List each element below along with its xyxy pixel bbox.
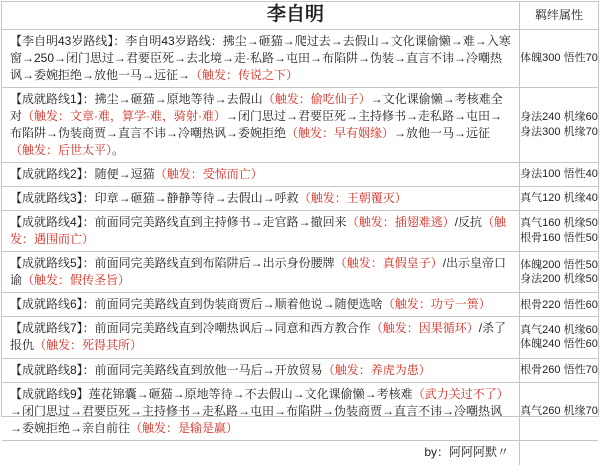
trigger-text: （触发：受惊而亡）	[155, 167, 263, 181]
route-text: 【成就路线1】：拂尘→砸猫→原地等待→去假山	[10, 92, 263, 106]
attribute-line: 体魄200 悟性50	[520, 258, 598, 273]
route-text: →闭门思过→君要臣死→主持修书→走私路→屯田→布陷阱→伪装商贾→直言不讳→冷嘲热…	[10, 404, 502, 418]
route-description-cell: 【成就路线9】莲花锦囊→砸猫→原地等待→不去假山→文化课偷懒→考核难（武力关过不…	[2, 383, 520, 418]
route-row: 【李自明43岁路线】：李自明43岁路线：拂尘→砸猫→爬过去→去假山→文化课偷懒→…	[2, 30, 598, 88]
bond-attributes-cell: 身法240 机缘60身法300 机缘70	[520, 88, 598, 162]
route-row: 【成就路线4】：前面同完美路线直到主持修书→走官路→撤回来（触发：插翅难逃）/反…	[2, 211, 598, 252]
trigger-text: （触发：功亏一篑）	[383, 297, 491, 311]
route-description: 【成就路线4】：前面同完美路线直到主持修书→走官路→撤回来（触发：插翅难逃）/反…	[10, 214, 511, 248]
route-description-cell: 【成就路线1】：拂尘→砸猫→原地等待→去假山（触发：偷吃仙子）→文化课偷懒→考核…	[2, 88, 520, 162]
attribute-line: 真气120 机缘40	[520, 191, 598, 206]
bond-attributes-cell: 真气260 机缘70	[520, 383, 598, 418]
route-description-cell: 【成就路线8】：前面同完美路线直到放他一马后→开放贸易（触发：养虎为患）	[2, 359, 520, 382]
page-title: 李自明	[267, 5, 324, 26]
trigger-text: （触发：早有姻缘）	[286, 126, 394, 140]
route-text: 【成就路线8】：前面同完美路线直到放他一马后→开放贸易	[10, 363, 323, 377]
route-description-cell: 【成就路线4】：前面同完美路线直到主持修书→走官路→撤回来（触发：插翅难逃）/反…	[2, 211, 520, 251]
header-title-cell: 李自明	[2, 2, 520, 29]
route-description-cell: 【成就路线3】：印章→砸猫→静静等待→去假山→呼救（触发：王朝覆灭）	[2, 187, 520, 210]
route-row: 【成就路线7】：前面同完美路线直到冷嘲热讽后→同意和西方教合作（触发：因果循环）…	[2, 317, 598, 358]
bond-attributes-cell: 体魄200 悟性50身法200 机缘50	[520, 252, 598, 292]
route-text: 【成就路线5】：前面同完美路线直到布陷阱后→出示身份腰牌	[10, 256, 335, 270]
attribute-line: 根骨220 悟性60	[520, 298, 598, 313]
attribute-line: 身法300 机缘70	[520, 125, 598, 140]
route-description-cell: 【成就路线2】：随便→逗猫（触发：受惊而亡）	[2, 163, 520, 186]
bond-attributes-cell: 身法100 悟性40	[520, 163, 598, 186]
route-description-cell: 【李自明43岁路线】：李自明43岁路线：拂尘→砸猫→爬过去→去假山→文化课偷懒→…	[2, 30, 520, 87]
trigger-text: （触发：真假皇子）	[335, 256, 443, 270]
trigger-text: （触发：假传圣旨）	[22, 273, 130, 287]
guide-table: 李自明 羁绊属性 【李自明43岁路线】：李自明43岁路线：拂尘→砸猫→爬过去→去…	[1, 1, 599, 417]
route-description: 【成就路线7】：前面同完美路线直到冷嘲热讽后→同意和西方教合作（触发：因果循环）…	[10, 320, 511, 354]
route-description: 【成就路线3】：印章→砸猫→静静等待→去假山→呼救（触发：王朝覆灭）	[10, 190, 407, 207]
bond-attributes-cell: 真气160 机缘50根骨160 悟性50	[520, 211, 598, 251]
route-text: →放他一马→远征	[394, 126, 490, 140]
attribute-line: 真气240 机缘60	[520, 323, 598, 338]
route-text: 。	[112, 143, 124, 157]
route-text: 【成就路线2】：随便→逗猫	[10, 167, 155, 181]
table-header-row: 李自明 羁绊属性	[2, 2, 598, 30]
trigger-text: （触发：偷吃仙子）	[263, 92, 371, 106]
attribute-line: 身法200 机缘50	[520, 272, 598, 287]
route-description: 【成就路线1】：拂尘→砸猫→原地等待→去假山（触发：偷吃仙子）→文化课偷懒→考核…	[10, 91, 511, 159]
route-row: 【成就路线6】：前面同完美路线直到伪装商贾后→顺着他说→随便选啥（触发：功亏一篑…	[2, 293, 598, 317]
route-description-cell: 【成就路线7】：前面同完美路线直到冷嘲热讽后→同意和西方教合作（触发：因果循环）…	[2, 317, 520, 357]
route-description: 【成就路线2】：随便→逗猫（触发：受惊而亡）	[10, 166, 263, 183]
attribute-line: 体魄300 悟性70	[520, 51, 598, 66]
bond-attributes-cell: 真气120 机缘40	[520, 187, 598, 210]
route-description: 【成就路线8】：前面同完美路线直到放他一马后→开放贸易（触发：养虎为患）	[10, 362, 431, 379]
route-row: 【成就路线9】莲花锦囊→砸猫→原地等待→不去假山→文化课偷懒→考核难（武力关过不…	[2, 383, 598, 418]
route-description: 【李自明43岁路线】：李自明43岁路线：拂尘→砸猫→爬过去→去假山→文化课偷懒→…	[10, 33, 511, 84]
route-row: 【成就路线8】：前面同完美路线直到放他一马后→开放贸易（触发：养虎为患）根骨26…	[2, 359, 598, 383]
route-description-cell: 【成就路线6】：前面同完美路线直到伪装商贾后→顺着他说→随便选啥（触发：功亏一篑…	[2, 293, 520, 316]
trigger-text: （触发：因果循环）	[371, 321, 479, 335]
route-description: 【成就路线5】：前面同完美路线直到布陷阱后→出示身份腰牌（触发：真假皇子）/出示…	[10, 255, 511, 289]
trigger-text: （触发：养虎为患）	[323, 363, 431, 377]
route-text: 【成就路线7】：前面同完美路线直到冷嘲热讽后→同意和西方教合作	[10, 321, 371, 335]
route-text: 【成就路线6】：前面同完美路线直到伪装商贾后→顺着他说→随便选啥	[10, 297, 383, 311]
trigger-text: （触发：传说之下）	[190, 68, 298, 82]
route-row: 【成就路线1】：拂尘→砸猫→原地等待→去假山（触发：偷吃仙子）→文化课偷懒→考核…	[2, 88, 598, 163]
attribute-line: 体魄240 悟性60	[520, 337, 598, 352]
trigger-text: （武力关过不了）	[413, 387, 509, 401]
attribute-line: 根骨160 悟性50	[520, 231, 598, 246]
route-description: 【成就路线9】莲花锦囊→砸猫→原地等待→不去假山→文化课偷懒→考核难（武力关过不…	[10, 386, 511, 418]
bond-attributes-cell: 根骨260 悟性70	[520, 359, 598, 382]
route-description-cell: 【成就路线5】：前面同完美路线直到布陷阱后→出示身份腰牌（触发：真假皇子）/出示…	[2, 252, 520, 292]
bond-attributes-cell: 体魄300 悟性70	[520, 30, 598, 87]
bond-attributes-cell: 根骨220 悟性60	[520, 293, 598, 316]
attribute-line: 真气160 机缘50	[520, 216, 598, 231]
route-text: /反抗	[455, 215, 482, 229]
route-row: 【成就路线5】：前面同完美路线直到布陷阱后→出示身份腰牌（触发：真假皇子）/出示…	[2, 252, 598, 293]
route-text: 【成就路线4】：前面同完美路线直到主持修书→走官路→撤回来	[10, 215, 347, 229]
route-row: 【成就路线3】：印章→砸猫→静静等待→去假山→呼救（触发：王朝覆灭）真气120 …	[2, 187, 598, 211]
route-description: 【成就路线6】：前面同完美路线直到伪装商贾后→顺着他说→随便选啥（触发：功亏一篑…	[10, 296, 491, 313]
trigger-text: （触发：插翅难逃）	[347, 215, 455, 229]
trigger-text: （触发：王朝覆灭）	[299, 191, 407, 205]
trigger-text: （触发：后世太平）	[10, 143, 112, 157]
trigger-text: （触发：死得其所）	[34, 338, 142, 352]
attribute-line: 真气260 机缘70	[520, 404, 598, 418]
route-text: 【成就路线3】：印章→砸猫→静静等待→去假山→呼救	[10, 191, 299, 205]
column-header-attrs: 羁绊属性	[520, 2, 598, 29]
attribute-line: 根骨260 悟性70	[520, 363, 598, 378]
bond-attributes-cell: 真气240 机缘60体魄240 悟性60	[520, 317, 598, 357]
route-text: 【成就路线9】莲花锦囊→砸猫→原地等待→不去假山→文化课偷懒→考核难	[10, 387, 413, 401]
attribute-line: 身法240 机缘60	[520, 110, 598, 125]
attribute-line: 身法100 悟性40	[520, 167, 598, 182]
route-row: 【成就路线2】：随便→逗猫（触发：受惊而亡）身法100 悟性40	[2, 163, 598, 187]
trigger-text: （触发：文章·难，算学·难，骑射·难）	[22, 109, 226, 123]
